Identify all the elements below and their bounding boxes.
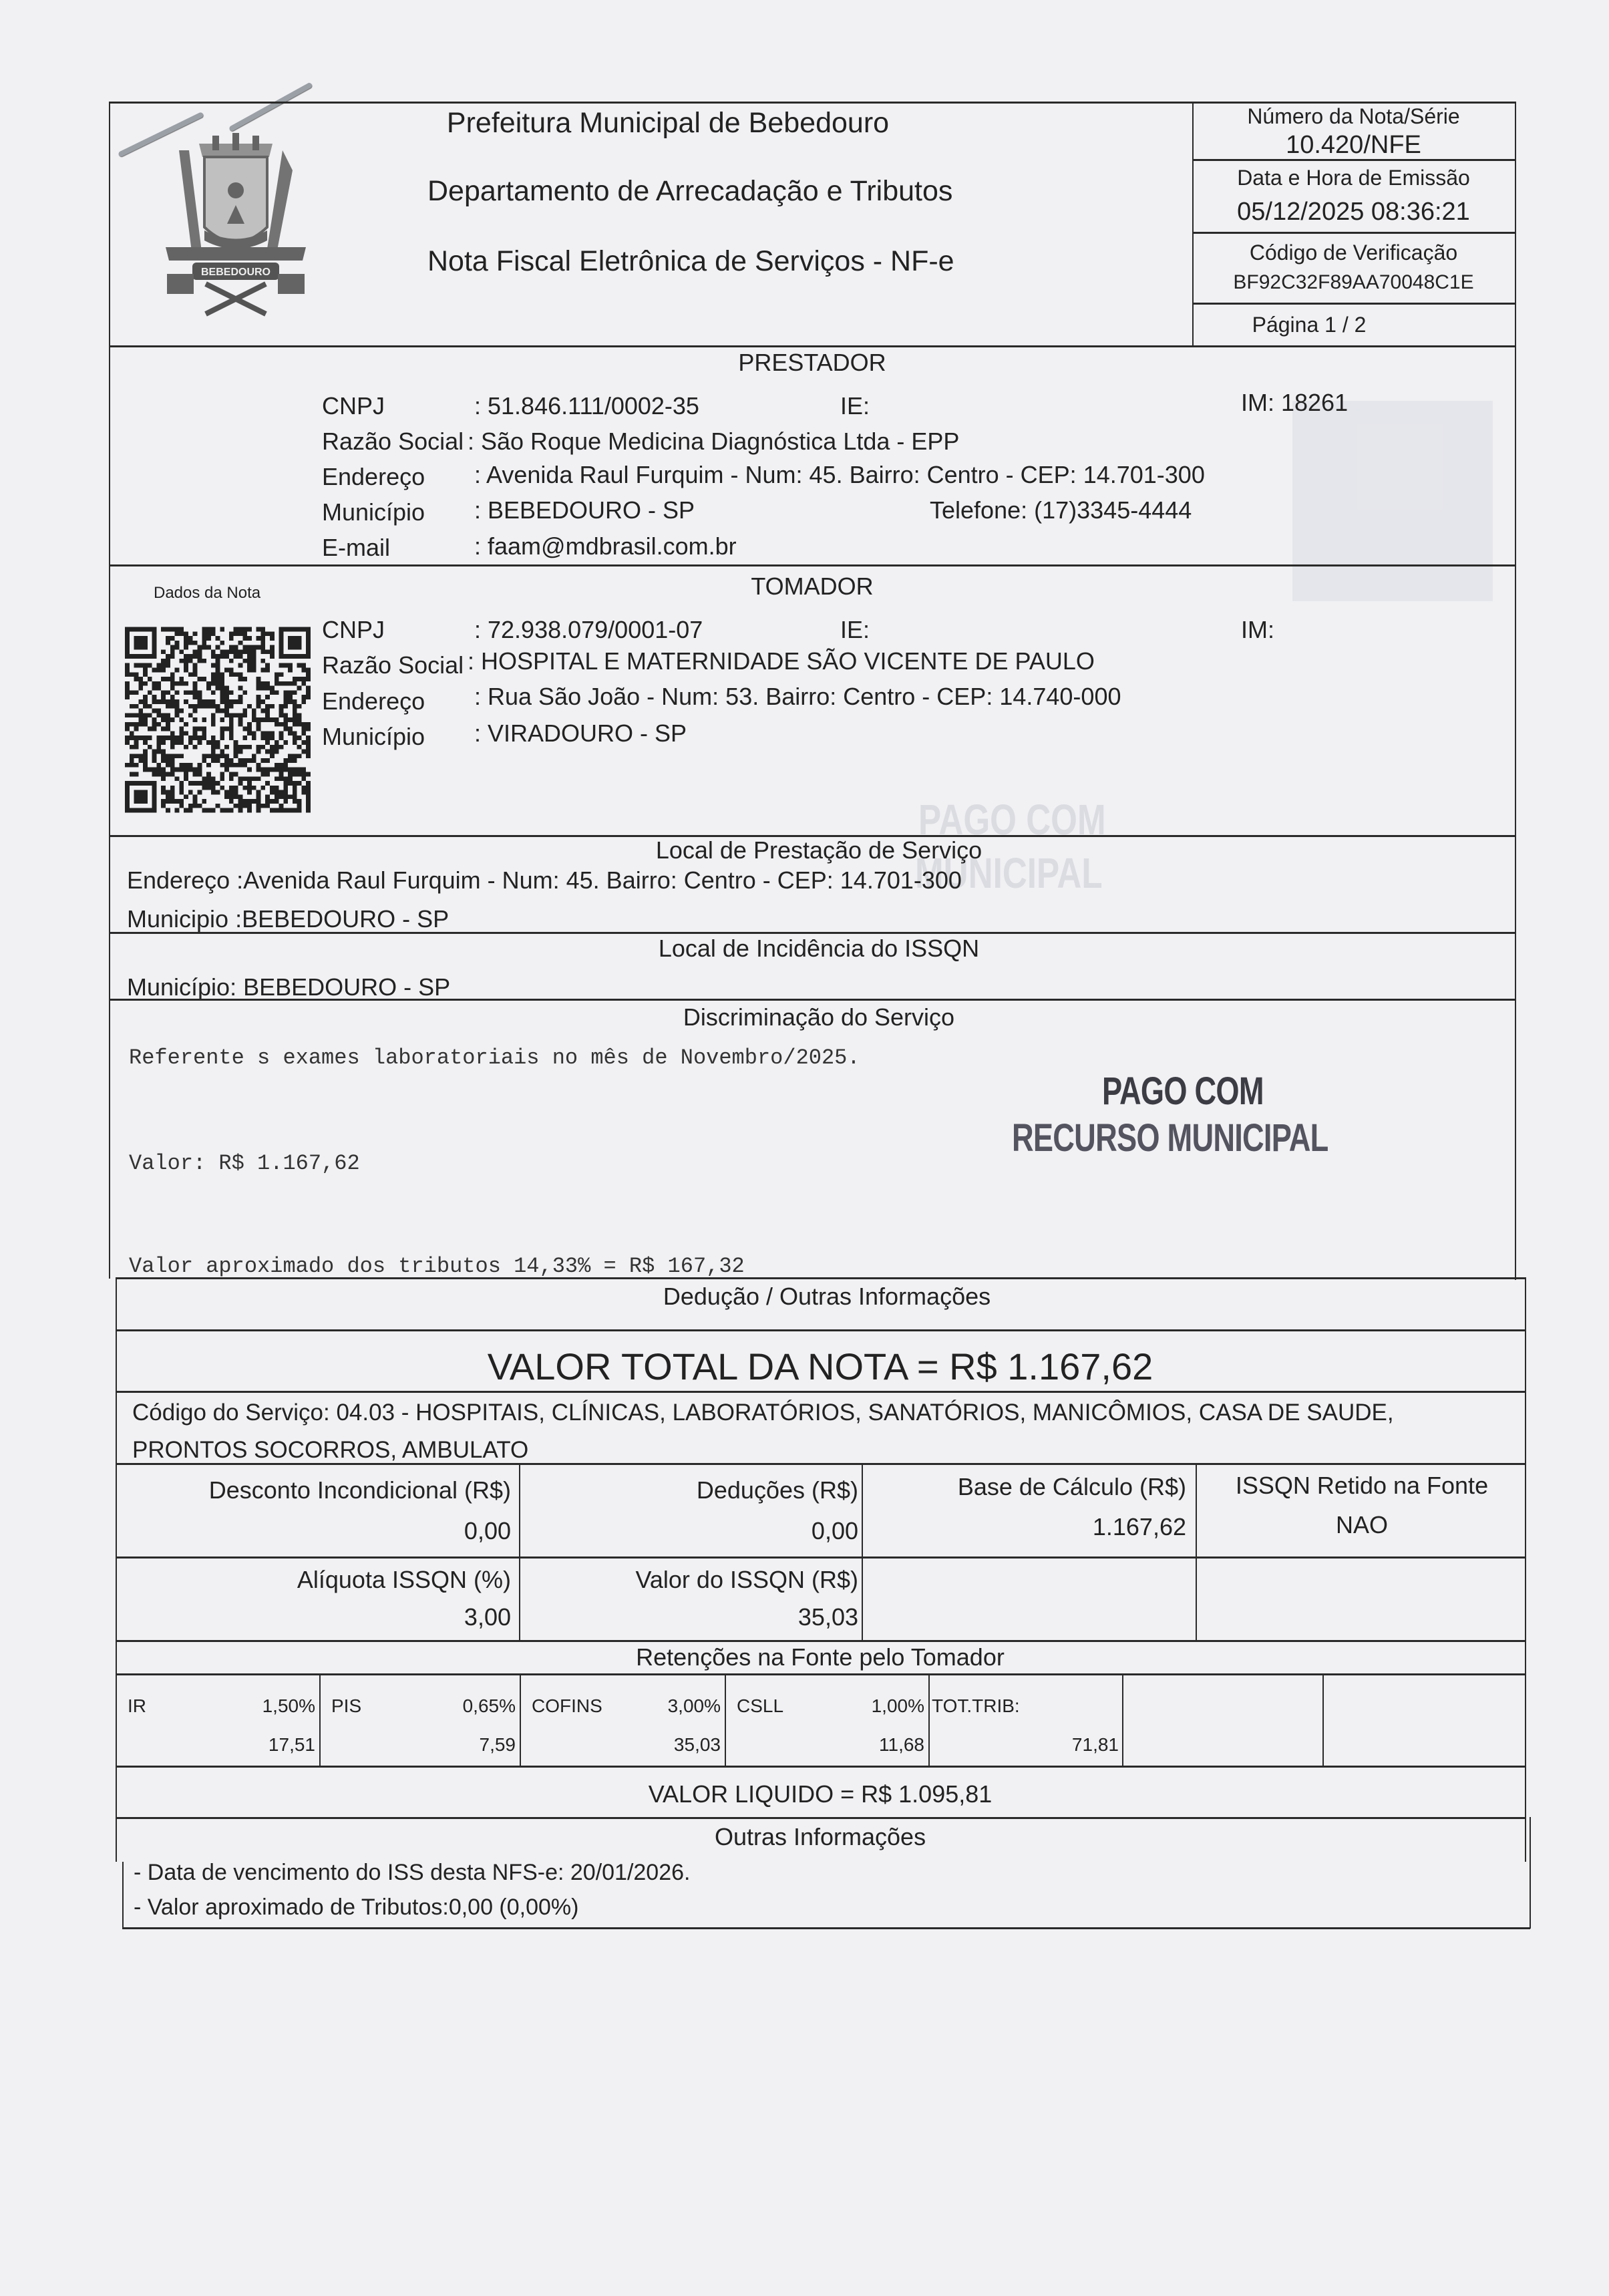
rule (116, 1766, 1525, 1768)
prefecture-name: Prefeitura Municipal de Bebedouro (427, 109, 908, 138)
deducao-title: Dedução / Outras Informações (116, 1285, 1525, 1309)
tomador-endereco-label: Endereço (322, 689, 425, 713)
verification-code-label: Código de Verificação (1192, 242, 1515, 263)
prestador-endereco: : Avenida Raul Furquim - Num: 45. Bairro… (474, 463, 1205, 487)
rule (109, 932, 1515, 934)
tomador-razao-label: Razão Social (322, 653, 464, 677)
tomador-cnpj-label: CNPJ (322, 618, 385, 642)
rule (1192, 232, 1515, 234)
retencoes-title: Retenções na Fonte pelo Tomador (116, 1645, 1525, 1669)
tomador-municipio: : VIRADOURO - SP (474, 721, 687, 746)
tomador-razao: : HOSPITAL E MATERNIDADE SÃO VICENTE DE … (468, 649, 1095, 673)
retention-rate: 0,65% (319, 1697, 516, 1715)
prestador-razao: : São Roque Medicina Diagnóstica Ltda - … (468, 430, 959, 454)
tomador-ie-label: IE: (840, 618, 870, 642)
desconto-value: 0,00 (120, 1519, 511, 1543)
local-incidencia-title: Local de Incidência do ISSQN (109, 937, 1515, 961)
tot-trib-value: 71,81 (932, 1736, 1119, 1754)
frame-right-bottom (1530, 1817, 1531, 1929)
frame-left-bottom (122, 1862, 124, 1929)
invoice-number: 10.420/NFE (1192, 132, 1515, 158)
rule (109, 345, 1515, 347)
total-amount: VALOR TOTAL DA NOTA = R$ 1.167,62 (116, 1348, 1525, 1385)
issqn-retido-value: NAO (1199, 1513, 1525, 1537)
rule (1192, 303, 1515, 305)
rule (862, 1463, 863, 1640)
retention-rate: 3,00% (520, 1697, 721, 1715)
aliquota-value: 3,00 (120, 1605, 511, 1629)
tomador-municipio-label: Município (322, 725, 425, 749)
rule (116, 1391, 1525, 1393)
prestador-title: PRESTADOR (109, 351, 1515, 375)
municipal-coat-of-arms-icon: BEBEDOURO (152, 130, 319, 321)
rule (116, 1463, 1525, 1465)
frame-right-lower (1525, 1277, 1526, 1862)
rule (109, 564, 1515, 566)
issqn-retido-label: ISSQN Retido na Fonte (1199, 1474, 1525, 1498)
rule (928, 1673, 930, 1766)
tomador-cnpj: : 72.938.079/0001-07 (474, 618, 703, 642)
prestador-email: : faam@mdbrasil.com.br (474, 534, 737, 558)
retention-rate: 1,00% (725, 1697, 924, 1715)
paid-stamp-line2: RECURSO MUNICIPAL (1012, 1119, 1328, 1158)
frame-right (1515, 102, 1516, 1280)
rule (116, 1277, 1525, 1279)
verification-code: BF92C32F89AA70048C1E (1192, 273, 1515, 293)
local-prestacao-title: Local de Prestação de Serviço (109, 838, 1515, 862)
discriminacao-title: Discriminação do Serviço (109, 1005, 1515, 1029)
paid-stamp-line1: PAGO COM (1102, 1072, 1264, 1111)
page-indicator: Página 1 / 2 (1192, 314, 1426, 335)
local-prestacao-endereco: Endereço :Avenida Raul Furquim - Num: 45… (127, 868, 962, 892)
prestador-email-label: E-mail (322, 536, 390, 560)
rule (1192, 159, 1515, 161)
frame-left (109, 102, 110, 1279)
tomador-endereco: : Rua São João - Num: 53. Bairro: Centro… (474, 685, 1121, 709)
tomador-im: IM: (1241, 618, 1274, 642)
invoice-number-label: Número da Nota/Série (1192, 106, 1515, 127)
issue-date-label: Data e Hora de Emissão (1192, 167, 1515, 188)
retention-rate: 1,50% (116, 1697, 315, 1715)
prestador-telefone: Telefone: (17)3345-4444 (930, 498, 1192, 522)
svg-text:BEBEDOURO: BEBEDOURO (201, 267, 271, 278)
prestador-ie-label: IE: (840, 394, 870, 418)
frame-bottom (122, 1927, 1530, 1929)
deducoes-label: Deduções (R$) (524, 1478, 858, 1502)
prestador-municipio: : BEBEDOURO - SP (474, 498, 695, 522)
rule (116, 1329, 1525, 1331)
issue-date: 05/12/2025 08:36:21 (1192, 199, 1515, 224)
prestador-endereco-label: Endereço (322, 465, 425, 489)
prestador-cnpj-label: CNPJ (322, 394, 385, 418)
prestador-municipio-label: Município (322, 500, 425, 524)
rule (116, 1673, 1525, 1675)
document-title: Nota Fiscal Eletrônica de Serviços - NF-… (427, 247, 908, 276)
prestador-razao-label: Razão Social (322, 430, 464, 454)
rule (116, 1817, 1525, 1819)
rule (519, 1463, 520, 1640)
staple-mark (228, 82, 313, 132)
base-calculo-label: Base de Cálculo (R$) (868, 1475, 1186, 1499)
desconto-label: Desconto Incondicional (R$) (120, 1478, 511, 1502)
service-value: Valor: R$ 1.167,62 (129, 1153, 360, 1174)
deducoes-value: 0,00 (524, 1519, 858, 1543)
department-name: Departamento de Arrecadação e Tributos (427, 177, 908, 206)
retention-value: 17,51 (116, 1736, 315, 1754)
rule (116, 1556, 1525, 1559)
rule (116, 1640, 1525, 1642)
rule (1322, 1673, 1324, 1766)
frame-top (109, 102, 1515, 104)
outras-title: Outras Informações (116, 1825, 1525, 1849)
local-incidencia-municipio: Município: BEBEDOURO - SP (127, 975, 450, 999)
valor-issqn-value: 35,03 (524, 1605, 858, 1629)
service-code-line2: PRONTOS SOCORROS, AMBULATO (132, 1438, 528, 1462)
service-description: Referente s exames laboratoriais no mês … (129, 1047, 860, 1069)
local-prestacao-municipio: Municipio :BEBEDOURO - SP (127, 907, 449, 931)
iss-due-date: - Data de vencimento do ISS desta NFS-e:… (134, 1861, 690, 1884)
tot-trib-label: TOT.TRIB: (932, 1697, 1020, 1715)
tomador-title: TOMADOR (109, 575, 1515, 599)
rule (109, 999, 1515, 1001)
approx-tributes: - Valor aproximado de Tributos:0,00 (0,0… (134, 1896, 579, 1919)
net-value: VALOR LIQUIDO = R$ 1.095,81 (116, 1782, 1525, 1806)
retention-value: 11,68 (725, 1736, 924, 1754)
service-code-line1: Código do Serviço: 04.03 - HOSPITAIS, CL… (132, 1401, 1394, 1424)
qr-code-icon[interactable] (125, 621, 311, 818)
base-calculo-value: 1.167,62 (868, 1515, 1186, 1539)
rule (1196, 1463, 1197, 1640)
prestador-cnpj: : 51.846.111/0002-35 (474, 394, 699, 418)
prestador-im: IM: 18261 (1241, 391, 1348, 415)
rule (1122, 1673, 1123, 1766)
retention-value: 7,59 (319, 1736, 516, 1754)
approx-taxes: Valor aproximado dos tributos 14,33% = R… (129, 1256, 745, 1277)
bleed-through-block (1292, 401, 1493, 601)
retention-value: 35,03 (520, 1736, 721, 1754)
valor-issqn-label: Valor do ISSQN (R$) (524, 1568, 858, 1592)
aliquota-label: Alíquota ISSQN (%) (120, 1568, 511, 1592)
